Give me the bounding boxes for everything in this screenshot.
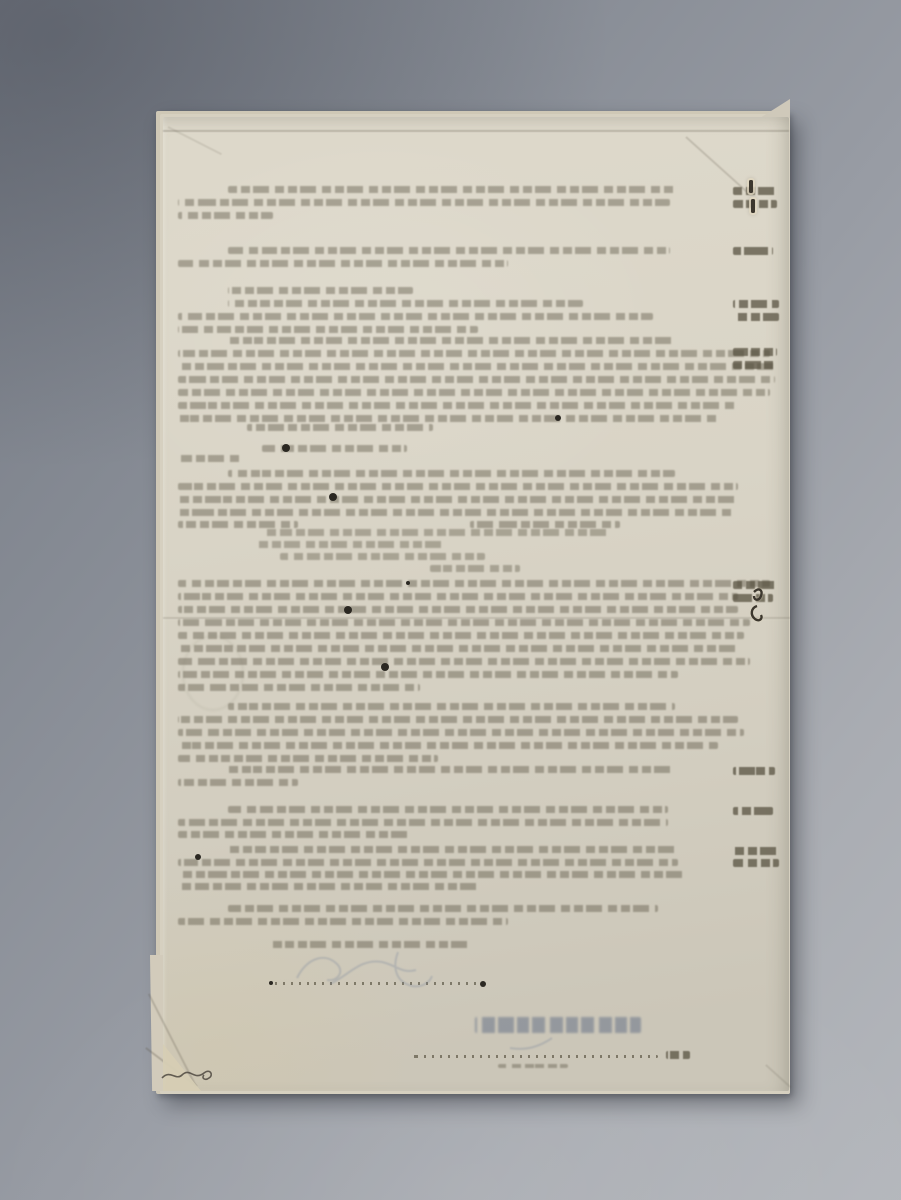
photograph [0, 0, 901, 1200]
pencil-scribble [0, 0, 901, 1200]
